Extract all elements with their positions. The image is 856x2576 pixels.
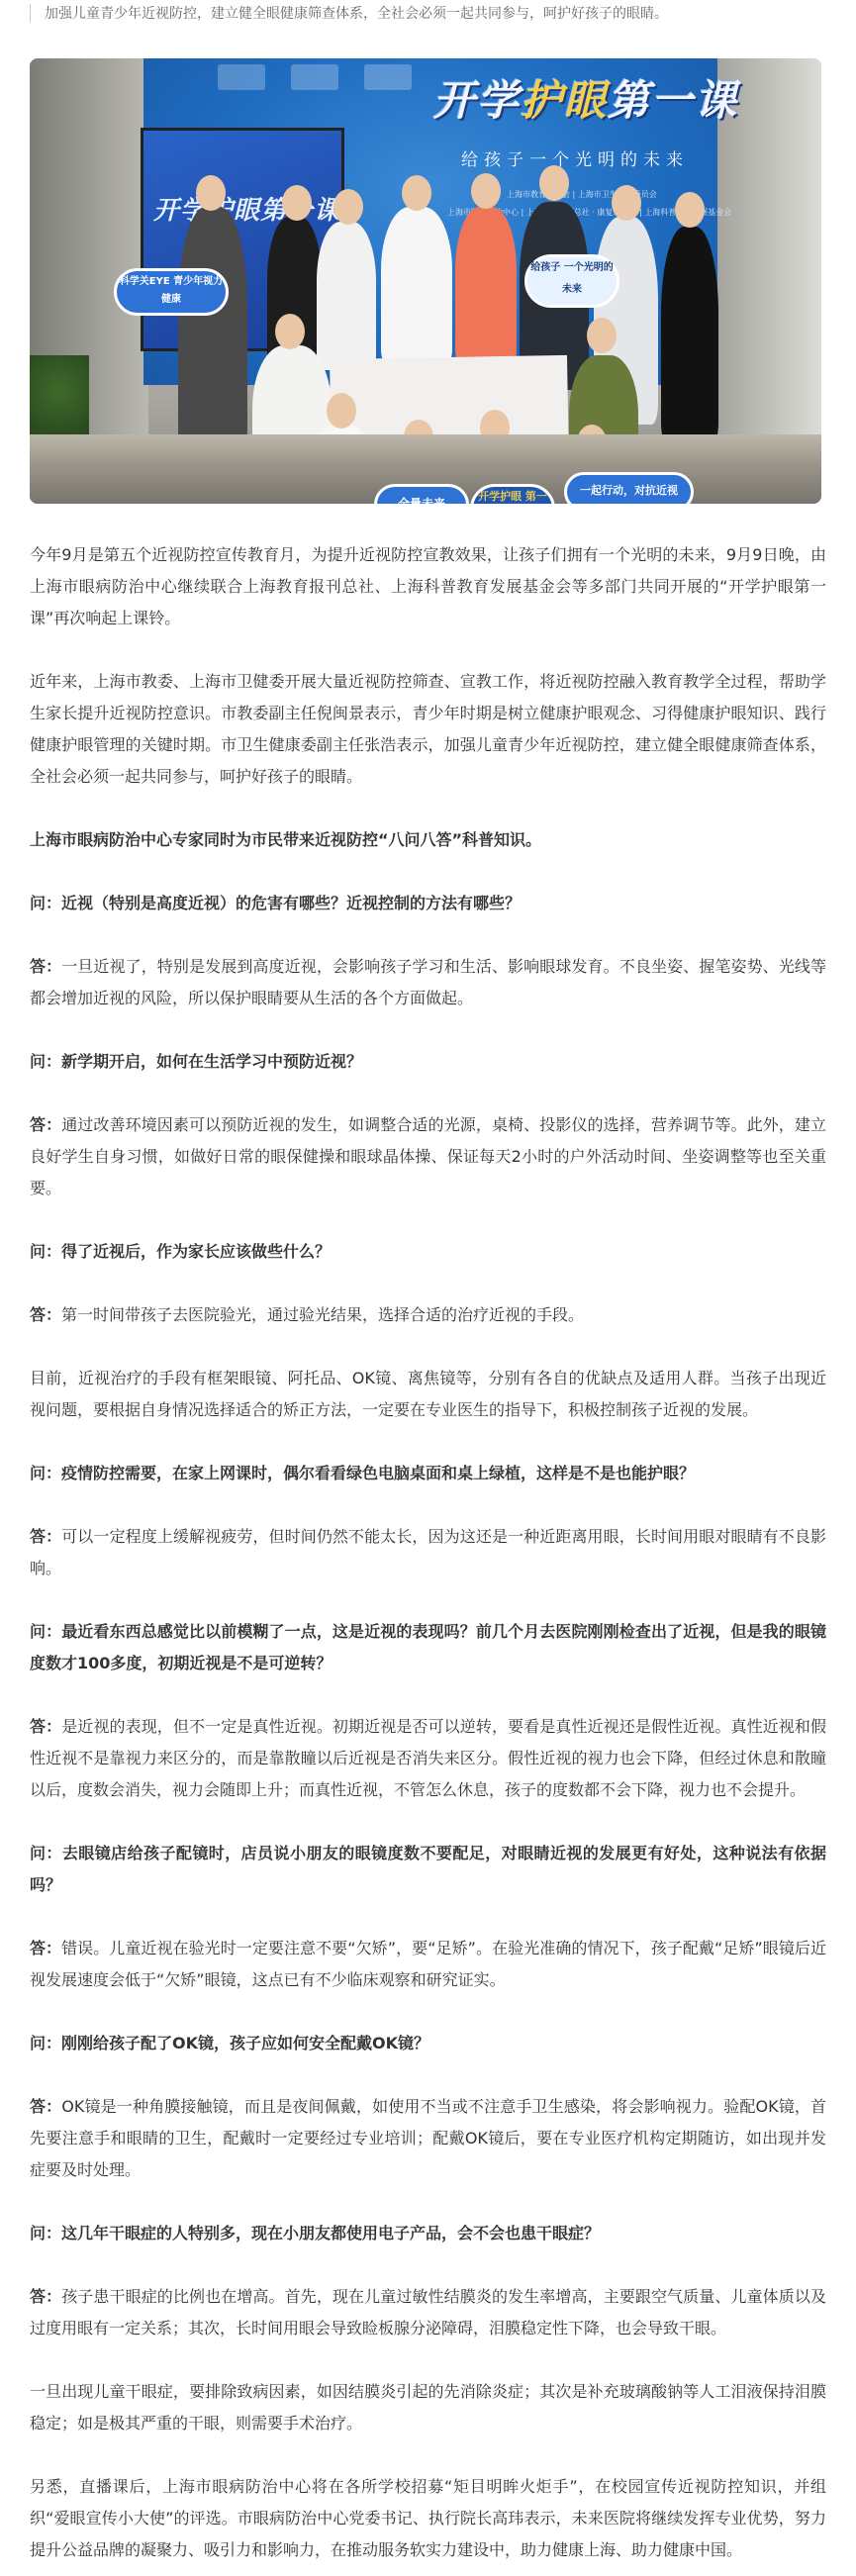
question: 问：得了近视后，作为家长应该做些什么？ bbox=[30, 1236, 826, 1268]
answer: 答：一旦近视了，特别是发展到高度近视，会影响孩子学习和生活、影响眼球发育。不良坐… bbox=[30, 951, 826, 1014]
summary-quote-bar bbox=[30, 4, 31, 22]
question: 问：疫情防控需要，在家上网课时，偶尔看看绿色电脑桌面和桌上绿植，这样是不是也能护… bbox=[30, 1458, 826, 1489]
answer: 答：可以一定程度上缓解视疲劳，但时间仍然不能太长，因为这还是一种近距离用眼，长时… bbox=[30, 1521, 826, 1584]
summary-text: 加强儿童青少年近视防控，建立健全眼健康筛查体系，全社会必须一起共同参与，呵护好孩… bbox=[45, 3, 668, 23]
answer: 答：是近视的表现，但不一定是真性近视。初期近视是否可以逆转，要看是真性近视还是假… bbox=[30, 1711, 826, 1806]
photo-logos bbox=[218, 64, 412, 90]
photo-sign: 开学护眼 第一课 bbox=[470, 484, 555, 504]
photo-sign: 科学关EYE 青少年视力健康 bbox=[114, 268, 229, 316]
banner-subtitle: 给孩子一个光明的未来 bbox=[461, 145, 689, 170]
photo-sign: 一起行动，对抗近视 bbox=[564, 472, 694, 504]
photo-sign: 全量未来 bbox=[374, 484, 469, 504]
article: 加强儿童青少年近视防控，建立健全眼健康筛查体系，全社会必须一起共同参与，呵护好孩… bbox=[0, 0, 856, 2576]
answer-extra: 一旦出现儿童干眼症，要排除致病因素，如因结膜炎引起的先消除炎症；其次是补充玻璃酸… bbox=[30, 2376, 826, 2439]
article-photo: 开学护眼第一课 给孩子一个光明的未来 上海市教育委员会 | 上海市卫生健康委员会… bbox=[30, 58, 821, 504]
answer: 答：孩子患干眼症的比例也在增高。首先，现在儿童过敏性结膜炎的发生率增高，主要跟空… bbox=[30, 2281, 826, 2344]
question: 问：刚刚给孩子配了OK镜，孩子应如何安全配戴OK镜？ bbox=[30, 2028, 826, 2059]
answer-extra: 目前，近视治疗的手段有框架眼镜、阿托品、OK镜、离焦镜等，分别有各自的优缺点及适… bbox=[30, 1363, 826, 1426]
answer: 答：错误。儿童近视在验光时一定要注意不要“欠矫”，要“足矫”。在验光准确的情况下… bbox=[30, 1933, 826, 1996]
answer: 答：通过改善环境因素可以预防近视的发生，如调整合适的光源，桌椅、投影仪的选择，营… bbox=[30, 1109, 826, 1204]
closing-paragraph: 另悉，直播课后，上海市眼病防治中心将在各所学校招募“矩目明眸火炬手”，在校园宣传… bbox=[30, 2471, 826, 2566]
question: 问：最近看东西总感觉比以前模糊了一点，这是近视的表现吗？前几个月去医院刚刚检查出… bbox=[30, 1616, 826, 1679]
question: 问：新学期开启，如何在生活学习中预防近视？ bbox=[30, 1046, 826, 1078]
question: 问：近视（特别是高度近视）的危害有哪些？近视控制的方法有哪些？ bbox=[30, 888, 826, 919]
question: 问：这几年干眼症的人特别多，现在小朋友都使用电子产品，会不会也患干眼症？ bbox=[30, 2218, 826, 2249]
banner-title: 开学护眼第一课 bbox=[433, 68, 738, 128]
intro-paragraph-2: 近年来，上海市教委、上海市卫健委开展大量近视防控筛查、宣教工作，将近视防控融入教… bbox=[30, 666, 826, 793]
intro-paragraph-1: 今年9月是第五个近视防控宣传教育月，为提升近视防控宣教效果，让孩子们拥有一个光明… bbox=[30, 539, 826, 634]
question: 问：去眼镜店给孩子配镜时，店员说小朋友的眼镜度数不要配足，对眼睛近视的发展更有好… bbox=[30, 1838, 826, 1901]
article-summary: 加强儿童青少年近视防控，建立健全眼健康筛查体系，全社会必须一起共同参与，呵护好孩… bbox=[30, 0, 826, 57]
person bbox=[178, 207, 247, 454]
person-head bbox=[196, 175, 226, 211]
answer: 答：OK镜是一种角膜接触镜，而且是夜间佩戴，如使用不当或不注意手卫生感染，将会影… bbox=[30, 2091, 826, 2186]
answer: 答：第一时间带孩子去医院验光，通过验光结果，选择合适的治疗近视的手段。 bbox=[30, 1299, 826, 1331]
photo-sign: 给孩子 一个光明的未来 bbox=[524, 254, 619, 308]
qa-lead: 上海市眼病防治中心专家同时为市民带来近视防控“八问八答”科普知识。 bbox=[30, 824, 826, 856]
